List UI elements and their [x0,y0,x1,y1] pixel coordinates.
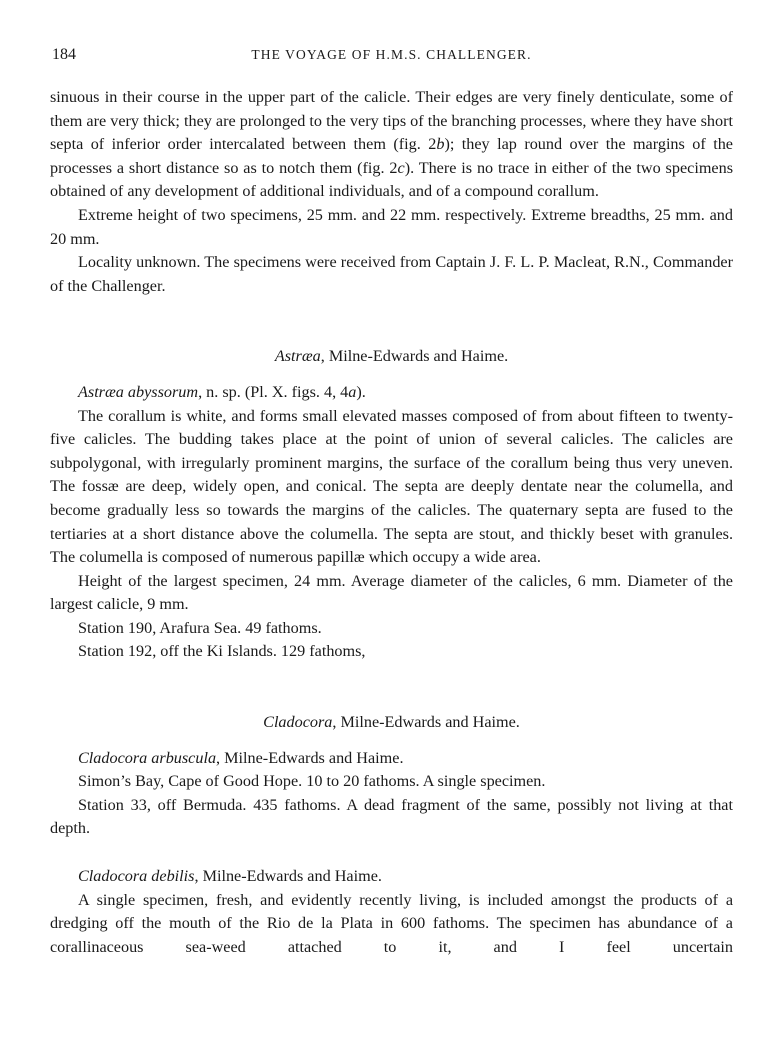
spacer [50,664,733,711]
species-heading-cladocora-arbuscula: Cladocora arbuscula, Milne-Edwards and H… [50,747,733,771]
spacer [50,369,733,381]
genus-authority: , Milne-Edwards and Haime. [321,347,508,365]
genus-name: Cladocora [263,713,332,731]
running-title: THE VOYAGE OF H.M.S. CHALLENGER. [50,47,733,63]
paragraph-septa-description: sinuous in their course in the upper par… [50,86,733,204]
species-citation-end: ). [356,383,365,401]
paragraph-locality: Locality unknown. The specimens were rec… [50,251,733,298]
locality-entry: Simon’s Bay, Cape of Good Hope. 10 to 20… [50,770,733,794]
station-entry: Station 190, Arafura Sea. 49 fathoms. [50,617,733,641]
paragraph-astraea-measurements: Height of the largest specimen, 24 mm. A… [50,570,733,617]
species-name: Cladocora arbuscula [78,749,216,767]
genus-authority: , Milne-Edwards and Haime. [332,713,519,731]
species-citation: , n. sp. (Pl. X. figs. 4, 4 [198,383,348,401]
species-name: Astræa abyssorum [78,383,198,401]
spacer [50,298,733,345]
genus-heading-cladocora: Cladocora, Milne-Edwards and Haime. [50,711,733,735]
species-authority: , Milne-Edwards and Haime. [216,749,403,767]
genus-name: Astræa [275,347,321,365]
spacer [50,735,733,747]
species-authority: , Milne-Edwards and Haime. [194,867,381,885]
paragraph-cladocora-debilis: A single specimen, fresh, and evidently … [50,889,733,960]
running-head: 184 THE VOYAGE OF H.M.S. CHALLENGER. [50,46,733,68]
paragraph-dimensions: Extreme height of two specimens, 25 mm. … [50,204,733,251]
species-heading-astraea-abyssorum: Astræa abyssorum, n. sp. (Pl. X. figs. 4… [50,381,733,405]
species-name: Cladocora debilis [78,867,194,885]
body-text: sinuous in their course in the upper par… [50,86,733,959]
locality-entry: Station 33, off Bermuda. 435 fathoms. A … [50,794,733,841]
fig-ref-italic: c [398,159,405,177]
station-entry: Station 192, off the Ki Islands. 129 fat… [50,640,733,664]
paragraph-astraea-description: The corallum is white, and forms small e… [50,405,733,570]
species-heading-cladocora-debilis: Cladocora debilis, Milne-Edwards and Hai… [50,865,733,889]
genus-heading-astraea: Astræa, Milne-Edwards and Haime. [50,345,733,369]
spacer [50,841,733,865]
